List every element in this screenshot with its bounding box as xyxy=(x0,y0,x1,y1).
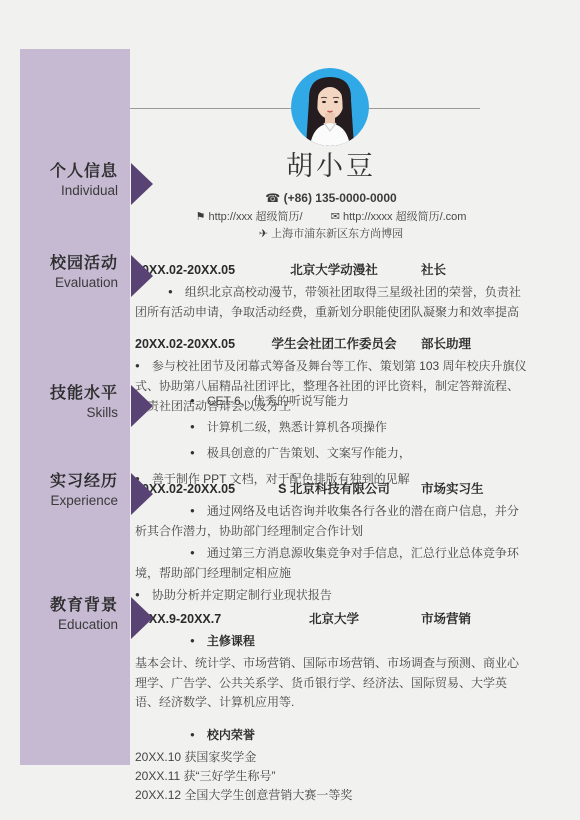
bullet-icon: ● xyxy=(190,548,195,557)
skill-item: ●极具创意的广告策划、文案写作能力， xyxy=(135,442,527,464)
bullet-icon: ● xyxy=(190,730,195,739)
section-title-zh: 教育背景 xyxy=(20,596,118,616)
website-icon: ⚑ xyxy=(196,211,206,223)
section-title-zh: 个人信息 xyxy=(20,162,118,182)
bullet-icon: ● xyxy=(190,396,195,405)
entry-header-row: 20XX.02-20XX.05 S 北京科技有限公司 市场实习生 xyxy=(135,480,527,499)
entry-header-row: 20XX.02-20XX.05 学生会社团工作委员会 部长助理 xyxy=(135,335,527,354)
bullet-icon: ● xyxy=(168,287,173,296)
email-icon: ✉ xyxy=(331,211,340,223)
honors-label: ●校内荣誉 xyxy=(135,725,527,745)
avatar xyxy=(291,68,369,146)
bullet-icon: ● xyxy=(190,448,195,457)
skill-text: 极具创意的广告策划、文案写作能力， xyxy=(207,446,411,460)
section-title-zh: 校园活动 xyxy=(20,254,118,274)
arrow-right-icon xyxy=(131,597,153,639)
links-line: ⚑ http://xxx 超级简历/ ✉ http://xxxx 超级简历/.c… xyxy=(135,209,527,226)
honor-item: 20XX.11 获“三好学生称号” xyxy=(135,767,527,786)
entry-bullet: ●组织北京高校动漫节，带领社团取得三星级社团的荣誉，负责社团所有活动申请，争取活… xyxy=(135,282,527,322)
bullet-icon: ● xyxy=(190,422,195,431)
entry-major: 市场营销 xyxy=(415,610,527,629)
entry-bullet: ●协助分析并定期定制行业现状报告 xyxy=(135,585,527,605)
entry-org: 北京大学动漫社 xyxy=(253,261,415,280)
entry-role: 社长 xyxy=(415,261,527,280)
section-title-en: Experience xyxy=(20,492,118,510)
section-title-zh: 实习经历 xyxy=(20,472,118,492)
education-section: 20XX.9-20XX.7 北京大学 市场营销 ●主修课程 基本会计、统计学、市… xyxy=(135,610,527,805)
entry-bullet: ●通过第三方消息源收集竞争对手信息，汇总行业总体竞争环境，帮助部门经理制定相应施 xyxy=(135,543,527,583)
skills-section: ●CET-6，优秀的听说写能力 ●计算机二级，熟悉计算机各项操作 ●极具创意的广… xyxy=(135,390,527,494)
section-title-en: Evaluation xyxy=(20,274,118,292)
courses-label: ●主修课程 xyxy=(135,631,527,651)
arrow-right-icon xyxy=(131,473,153,515)
address-text: 上海市浦东新区东方尚博园 xyxy=(271,228,403,240)
entry-school: 北京大学 xyxy=(253,610,415,629)
honor-item: 20XX.12 全国大学生创意营销大赛一等奖 xyxy=(135,786,527,805)
sidebar-item-education: 教育背景 Education xyxy=(20,596,130,634)
arrow-right-icon xyxy=(131,255,153,297)
section-title-en: Education xyxy=(20,616,118,634)
personal-header: 胡小豆 ☎ (+86) 135-0000-0000 ⚑ http://xxx 超… xyxy=(135,150,527,242)
entry-org: 学生会社团工作委员会 xyxy=(253,335,415,354)
website-link[interactable]: http://xxx 超级简历/ xyxy=(208,211,302,223)
skill-text: 计算机二级，熟悉计算机各项操作 xyxy=(207,420,387,434)
courses-text: 基本会计、统计学、市场营销、国际市场营销、市场调查与预测、商业心理学、广告学、公… xyxy=(135,654,527,713)
skill-text: CET-6，优秀的听说写能力 xyxy=(207,394,349,408)
bullet-icon: ● xyxy=(135,361,140,370)
sidebar-item-experience: 实习经历 Experience xyxy=(20,472,130,510)
skill-item: ●CET-6，优秀的听说写能力 xyxy=(135,390,527,412)
phone-line: ☎ (+86) 135-0000-0000 xyxy=(135,189,527,207)
label-text: 校内荣誉 xyxy=(207,728,255,742)
entry-date: 20XX.02-20XX.05 xyxy=(135,335,253,354)
entry-role: 市场实习生 xyxy=(415,480,527,499)
email-site-link[interactable]: http://xxxx 超级简历/.com xyxy=(343,211,466,223)
location-plane-icon: ✈ xyxy=(259,228,268,240)
bullet-icon: ● xyxy=(190,506,195,515)
experience-section: 20XX.02-20XX.05 S 北京科技有限公司 市场实习生 ●通过网络及电… xyxy=(135,480,527,605)
phone-number: (+86) 135-0000-0000 xyxy=(284,191,397,205)
bullet-text: 组织北京高校动漫节，带领社团取得三星级社团的荣誉，负责社团所有活动申请，争取活动… xyxy=(135,285,521,319)
section-title-en: Skills xyxy=(20,404,118,422)
entry-bullet: ●通过网络及电话咨询并收集各行各业的潜在商户信息，并分析其合作潜力，协助部门经理… xyxy=(135,501,527,541)
bullet-text: 协助分析并定期定制行业现状报告 xyxy=(152,588,332,602)
entry-header-row: 20XX.02-20XX.05 北京大学动漫社 社长 xyxy=(135,261,527,280)
label-text: 主修课程 xyxy=(207,634,255,648)
arrow-right-icon xyxy=(131,385,153,427)
profile-photo xyxy=(291,68,369,146)
entry-role: 部长助理 xyxy=(415,335,527,354)
sidebar-item-campus: 校园活动 Evaluation xyxy=(20,254,130,292)
address-line: ✈ 上海市浦东新区东方尚博园 xyxy=(135,226,527,242)
candidate-name: 胡小豆 xyxy=(135,150,527,182)
entry-header-row: 20XX.9-20XX.7 北京大学 市场营销 xyxy=(135,610,527,629)
sidebar-item-skills: 技能水平 Skills xyxy=(20,384,130,422)
phone-icon: ☎ xyxy=(265,191,280,205)
sidebar-item-personal: 个人信息 Individual xyxy=(20,162,130,200)
skill-item: ●计算机二级，熟悉计算机各项操作 xyxy=(135,416,527,438)
bullet-icon: ● xyxy=(190,636,195,645)
section-title-en: Individual xyxy=(20,182,118,200)
arrow-right-icon xyxy=(131,163,153,205)
honor-item: 20XX.10 获国家奖学金 xyxy=(135,748,527,767)
section-title-zh: 技能水平 xyxy=(20,384,118,404)
entry-org: S 北京科技有限公司 xyxy=(253,480,415,499)
spacer xyxy=(135,322,527,335)
